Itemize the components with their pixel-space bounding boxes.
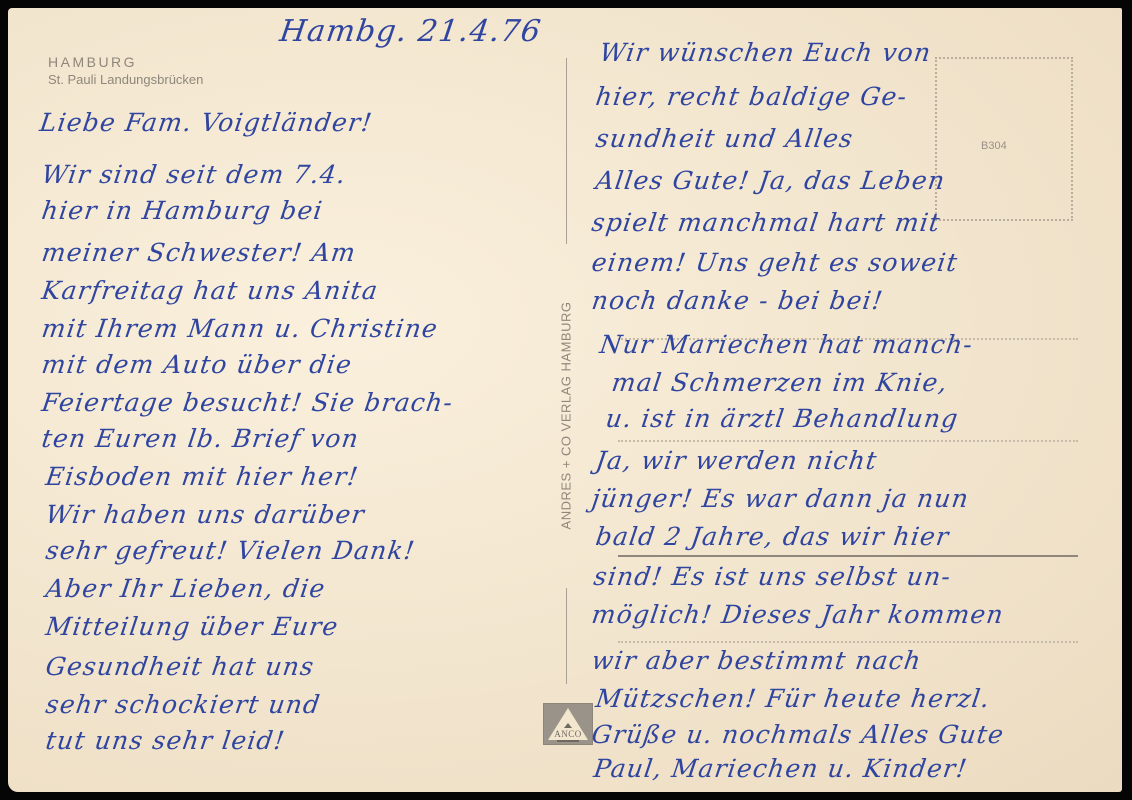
address-line: [618, 440, 1078, 442]
left-line: Wir sind seit dem 7.4.: [40, 160, 348, 189]
right-line: Wir wünschen Euch von: [598, 38, 933, 67]
right-line: Alles Gute! Ja, das Leben: [594, 166, 947, 195]
printed-subtitle: St. Pauli Landungsbrücken: [48, 72, 203, 87]
right-line: Mützschen! Für heute herzl.: [594, 684, 992, 713]
right-line: wir aber bestimmt nach: [590, 646, 924, 675]
stamp-box: [935, 57, 1073, 221]
right-line: Grüße u. nochmals Alles Gute: [590, 720, 1006, 749]
center-divider-lower: [566, 588, 567, 684]
handwritten-date: Hambg. 21.4.76: [278, 14, 544, 49]
left-line: hier in Hamburg bei: [40, 196, 325, 225]
right-line: Ja, wir werden nicht: [594, 446, 879, 475]
left-line: Eisboden mit hier her!: [44, 462, 361, 491]
right-line: mal Schmerzen im Knie,: [610, 368, 950, 397]
left-line: mit Ihrem Mann u. Christine: [40, 314, 440, 343]
right-line: Paul, Mariechen u. Kinder!: [592, 754, 970, 783]
left-line: Aber Ihr Lieben, die: [44, 574, 328, 603]
right-line: sind! Es ist uns selbst un-: [592, 562, 953, 591]
address-line: [618, 641, 1078, 643]
right-line: sundheit und Alles: [594, 124, 855, 153]
right-line: möglich! Dieses Jahr kommen: [590, 600, 1006, 629]
right-line: hier, recht baldige Ge-: [594, 82, 909, 111]
printed-title: HAMBURG: [48, 54, 137, 70]
right-line: u. ist in ärztl Behandlung: [604, 404, 961, 433]
left-line: tut uns sehr leid!: [44, 726, 287, 755]
right-line: bald 2 Jahre, das wir hier: [594, 522, 951, 551]
left-line: Feiertage besucht! Sie brach-: [40, 388, 455, 417]
left-line: sehr schockiert und: [44, 690, 323, 719]
right-line: spielt manchmal hart mit: [590, 208, 943, 237]
left-line: Karfreitag hat uns Anita: [40, 276, 380, 305]
right-line: einem! Uns geht es soweit: [590, 248, 960, 277]
right-line: noch danke - bei bei!: [590, 286, 885, 315]
left-line: mit dem Auto über die: [40, 350, 354, 379]
left-line: Wir haben uns darüber: [44, 500, 367, 529]
left-line: ten Euren lb. Brief von: [40, 424, 361, 453]
anco-logo-icon: ANCO: [543, 703, 593, 745]
logo-text: ANCO: [544, 729, 592, 739]
stamp-code: B304: [981, 140, 1007, 152]
left-line: Liebe Fam. Voigtländer!: [38, 108, 375, 137]
right-line: jünger! Es war dann ja nun: [590, 484, 971, 513]
center-divider: [566, 58, 567, 244]
left-line: sehr gefreut! Vielen Dank!: [44, 536, 417, 565]
publisher-text: ANDRES + CO VERLAG HAMBURG: [559, 244, 574, 588]
left-line: Mitteilung über Eure: [44, 612, 341, 641]
right-line: Nur Mariechen hat manch-: [598, 330, 975, 359]
address-line: [618, 555, 1078, 557]
left-line: Gesundheit hat uns: [44, 652, 316, 681]
left-line: meiner Schwester! Am: [40, 238, 358, 267]
